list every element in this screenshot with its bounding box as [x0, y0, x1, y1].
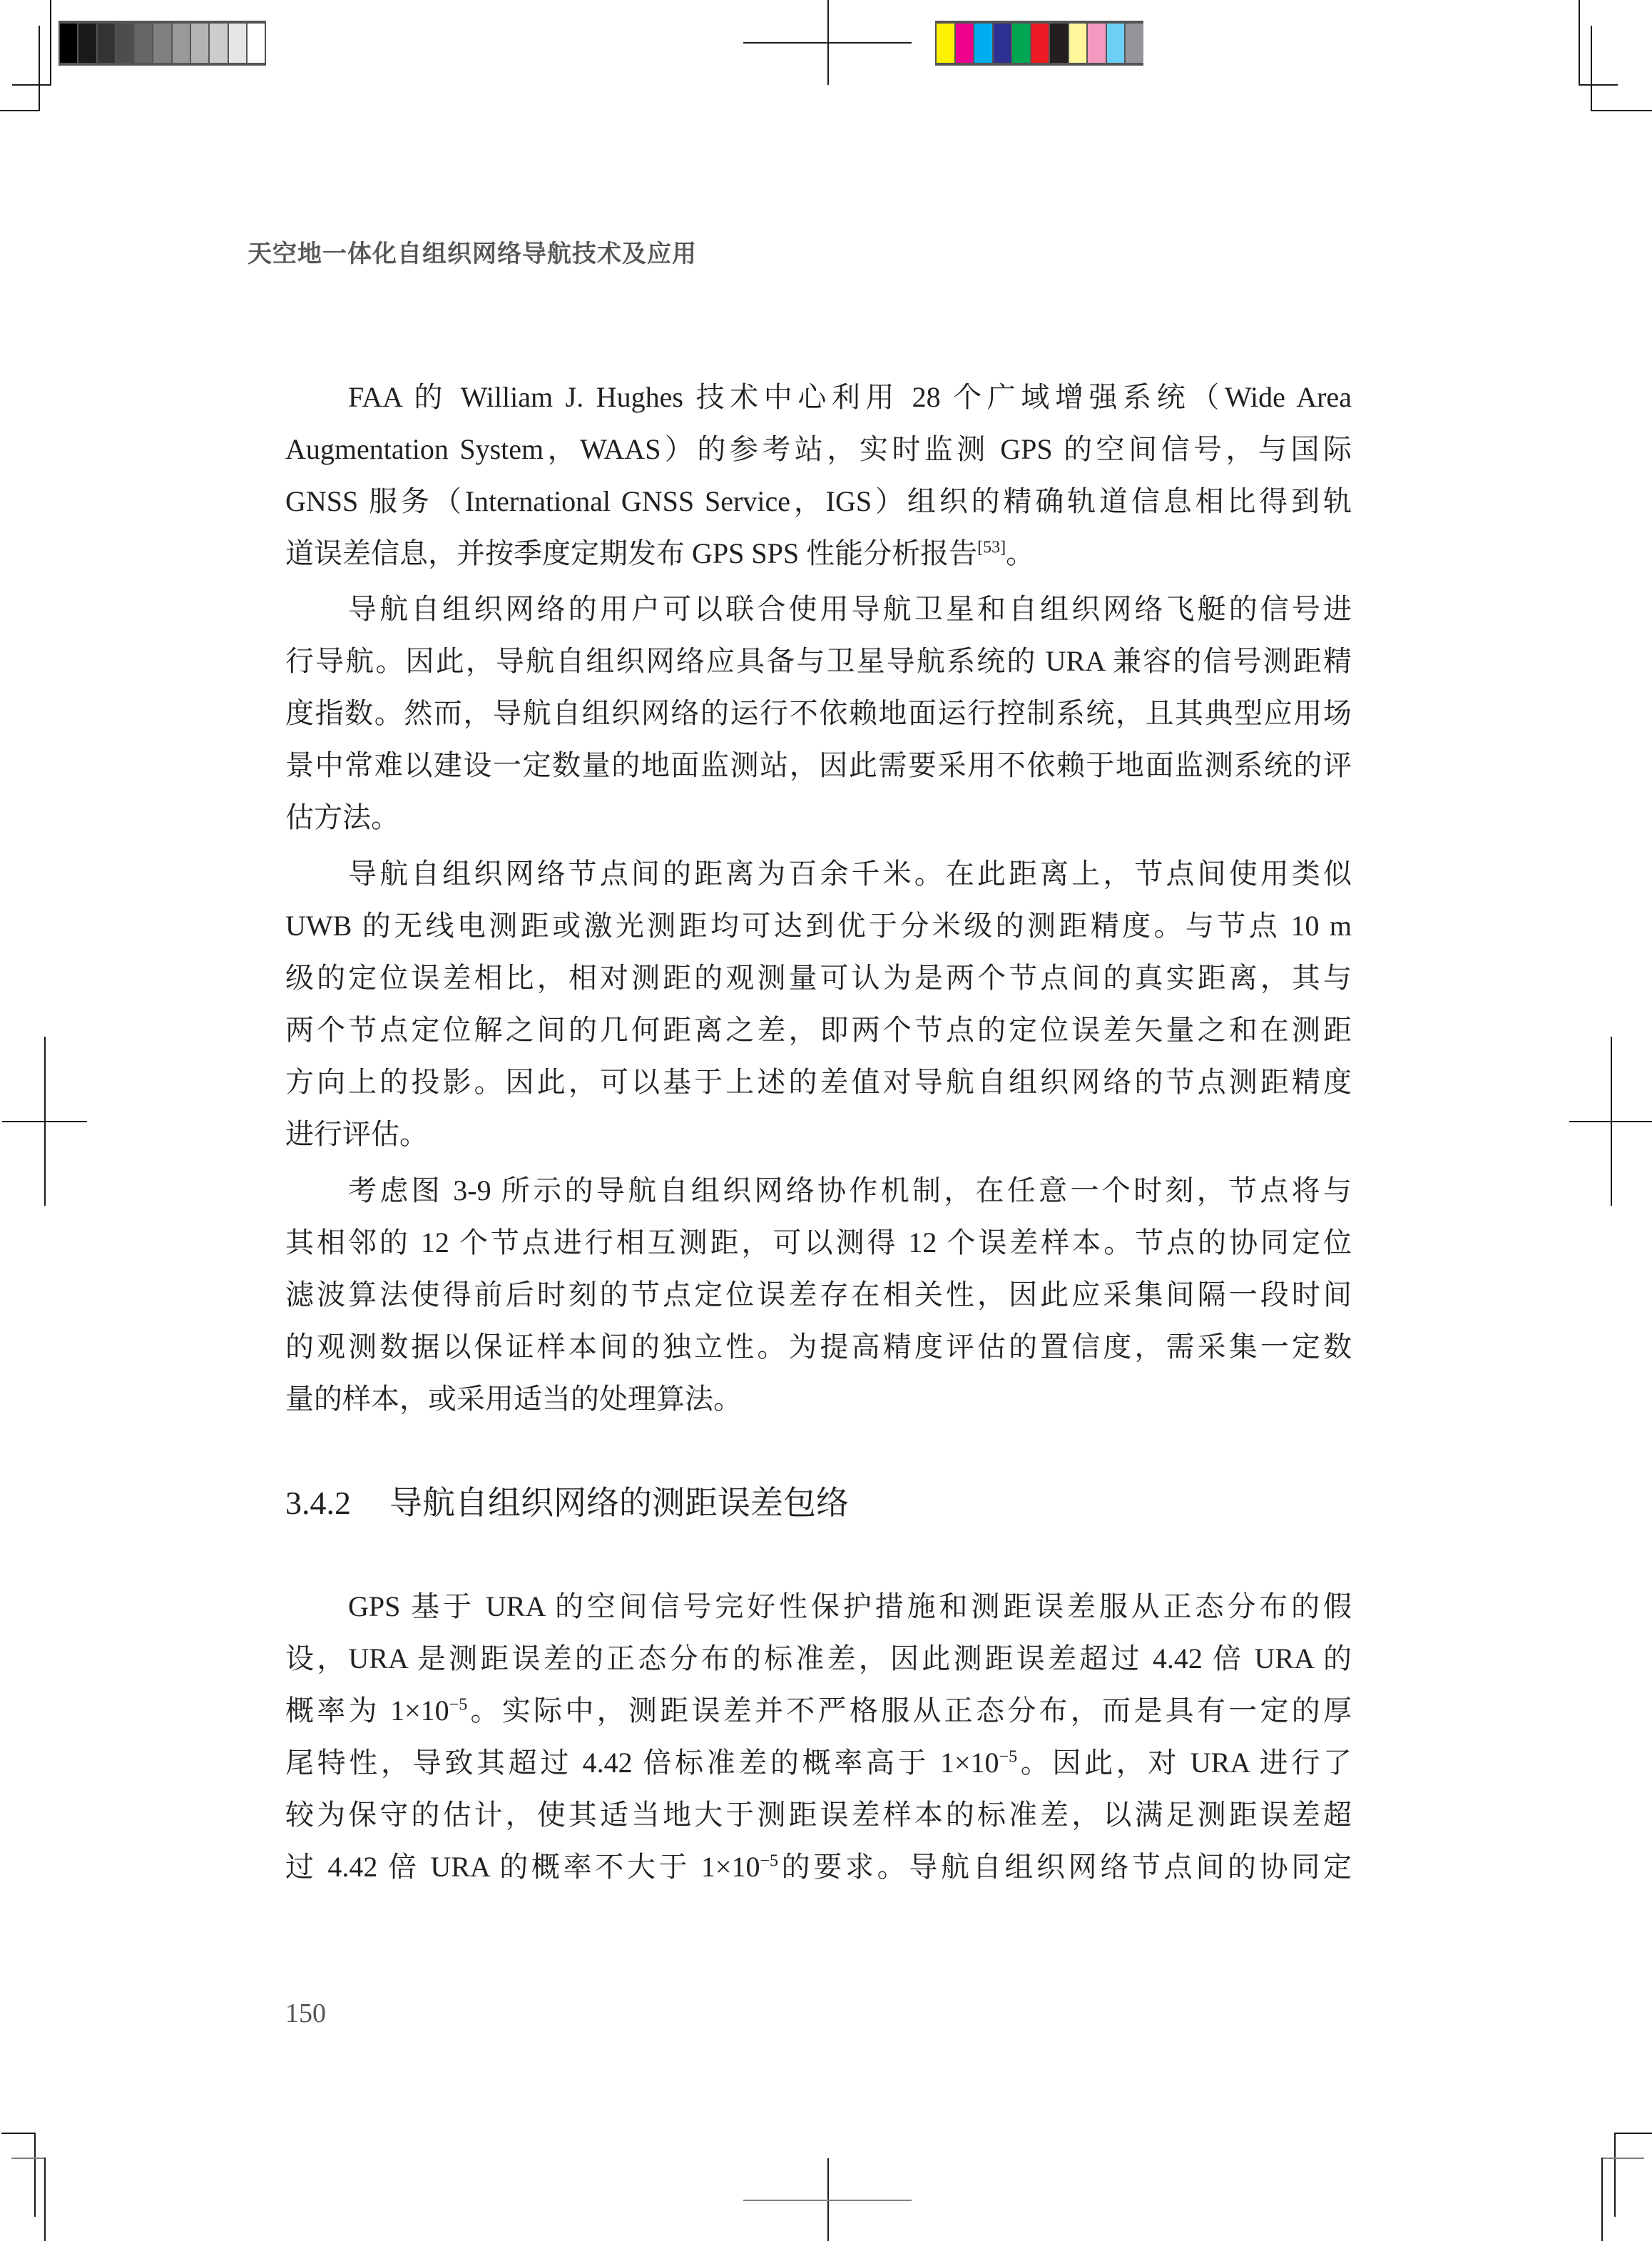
text-line: 的观测数据以保证样本间的独立性。为提高精度评估的置信度，需采集一定数 [285, 1321, 1352, 1373]
text-line: 滤波算法使得前后时刻的节点定位误差存在相关性，因此应采集间隔一段时间 [285, 1269, 1352, 1321]
text-line: 设，URA 是测距误差的正态分布的标准差，因此测距误差超过 4.42 倍 URA… [285, 1632, 1352, 1684]
exponent-superscript: −5 [760, 1852, 778, 1871]
paragraph-waas: FAA 的 William J. Hughes 技术中心利用 28 个广域增强系… [285, 371, 1352, 579]
section-title: 导航自组织网络的测距误差包络 [389, 1483, 849, 1522]
color-swatch [956, 24, 974, 63]
text-line: 导航自组织网络节点间的距离为百余千米。在此距离上，节点间使用类似 [285, 848, 1352, 900]
text-line: Augmentation System，WAAS）的参考站，实时监测 GPS 的… [285, 423, 1352, 475]
color-swatch [994, 24, 1011, 63]
text-line: 概率为 1×10−5。实际中，测距误差并不严格服从正态分布，而是具有一定的厚 [285, 1684, 1352, 1737]
color-swatch [135, 24, 152, 63]
text-line: UWB 的无线电测距或激光测距均可达到优于分米级的测距精度。与节点 10 m [285, 900, 1352, 952]
text-line: 其相邻的 12 个节点进行相互测距，可以测得 12 个误差样本。节点的协同定位 [285, 1216, 1352, 1269]
exponent-superscript: −5 [999, 1748, 1018, 1767]
paragraph-ura: GPS 基于 URA 的空间信号完好性保护措施和测距误差服从正态分布的假 设，U… [285, 1580, 1352, 1893]
text-line: FAA 的 William J. Hughes 技术中心利用 28 个广域增强系… [285, 371, 1352, 423]
color-swatch [1050, 24, 1068, 63]
color-swatch [937, 24, 954, 63]
text-line: 行导航。因此，导航自组织网络应具备与卫星导航系统的 URA 兼容的信号测距精 [285, 635, 1352, 687]
color-swatch [173, 24, 190, 63]
text-line: GPS 基于 URA 的空间信号完好性保护措施和测距误差服从正态分布的假 [285, 1580, 1352, 1632]
text-line: 道误差信息，并按季度定期发布 GPS SPS 性能分析报告[53]。 [285, 527, 1352, 579]
text-line: 估方法。 [285, 791, 1352, 843]
color-swatch [78, 24, 96, 63]
running-head: 天空地一体化自组织网络导航技术及应用 [248, 234, 697, 269]
section-number: 3.4.2 [285, 1485, 351, 1521]
text-line: 考虑图 3-9 所示的导航自组织网络协作机制，在任意一个时刻，节点将与 [285, 1164, 1352, 1216]
text-line: 导航自组织网络的用户可以联合使用导航卫星和自组织网络飞艇的信号进 [285, 583, 1352, 635]
text-line: 两个节点定位解之间的几何距离之差，即两个节点的定位误差矢量之和在测距 [285, 1004, 1352, 1056]
color-swatch [248, 24, 265, 63]
color-swatch [116, 24, 133, 63]
text-line: 方向上的投影。因此，可以基于上述的差值对导航自组织网络的节点测距精度 [285, 1056, 1352, 1108]
color-swatch [191, 24, 208, 63]
color-swatch [60, 24, 77, 63]
text-line: 尾特性，导致其超过 4.42 倍标准差的概率高于 1×10−5。因此，对 URA… [285, 1737, 1352, 1789]
color-swatch [229, 24, 246, 63]
text-line: 级的定位误差相比，相对测距的观测量可认为是两个节点间的真实距离，其与 [285, 952, 1352, 1004]
text-line: 量的样本，或采用适当的处理算法。 [285, 1373, 1352, 1425]
paragraph-node-distance: 导航自组织网络节点间的距离为百余千米。在此距离上，节点间使用类似 UWB 的无线… [285, 848, 1352, 1160]
color-swatch [1107, 24, 1125, 63]
color-swatch [1069, 24, 1087, 63]
color-swatch [153, 24, 170, 63]
color-swatch [1031, 24, 1049, 63]
color-swatch [98, 24, 115, 63]
section-heading: 3.4.2导航自组织网络的测距误差包络 [285, 1477, 849, 1524]
text-line: 进行评估。 [285, 1108, 1352, 1160]
color-swatch [974, 24, 992, 63]
exponent-superscript: −5 [449, 1696, 468, 1714]
color-swatch [1126, 24, 1143, 63]
paragraph-user-signals: 导航自组织网络的用户可以联合使用导航卫星和自组织网络飞艇的信号进 行导航。因此，… [285, 583, 1352, 843]
text-line: 较为保守的估计，使其适当地大于测距误差样本的标准差，以满足测距误差超 [285, 1789, 1352, 1841]
text-line: 过 4.42 倍 URA 的概率不大于 1×10−5的要求。导航自组织网络节点间… [285, 1841, 1352, 1893]
color-swatch [1088, 24, 1106, 63]
page-number: 150 [285, 1998, 326, 2029]
color-swatch [1012, 24, 1030, 63]
grayscale-calibration-bar [58, 21, 266, 66]
citation-superscript: [53] [977, 539, 1006, 557]
color-swatch [210, 24, 227, 63]
paragraph-cooperation: 考虑图 3-9 所示的导航自组织网络协作机制，在任意一个时刻，节点将与 其相邻的… [285, 1164, 1352, 1425]
text-line: 度指数。然而，导航自组织网络的运行不依赖地面运行控制系统，且其典型应用场 [285, 687, 1352, 739]
text-line: 景中常难以建设一定数量的地面监测站，因此需要采用不依赖于地面监测系统的评 [285, 739, 1352, 791]
process-color-calibration-bar [935, 21, 1143, 66]
text-line: GNSS 服务（International GNSS Service，IGS）组… [285, 475, 1352, 527]
